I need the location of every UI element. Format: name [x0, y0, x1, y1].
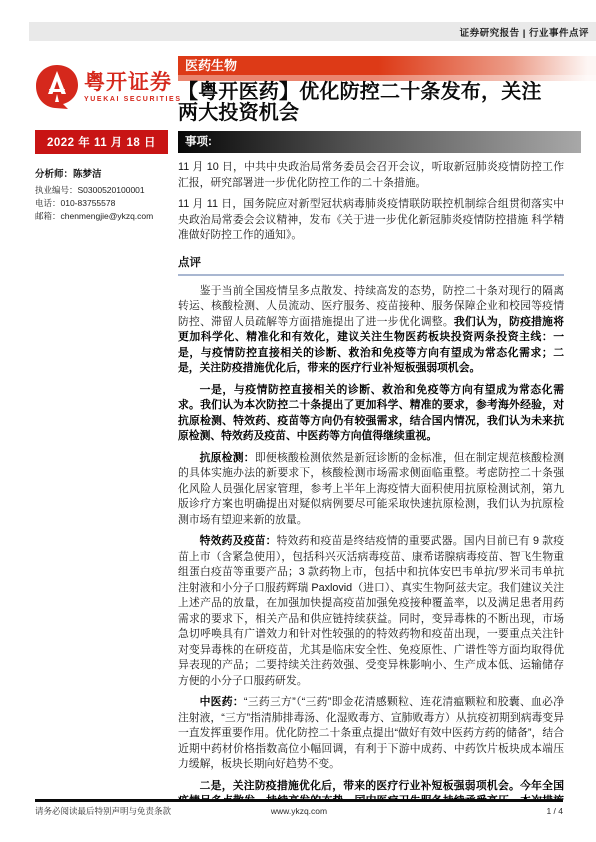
comment-section-heading: 点评	[178, 254, 564, 276]
report-date-box: 2022 年 11 月 18 日	[35, 130, 168, 154]
paragraph: 11 月 11 日，国务院应对新型冠状病毒肺炎疫情联防联控机制综合组贯彻落实中央…	[178, 197, 564, 244]
matters-header-bar: 事项:	[178, 131, 581, 153]
report-page: 证券研究报告 | 行业事件点评 粤开证券 YUEKAI SECURITIES 医…	[0, 0, 596, 842]
analyst-phone: 电话：010-83755578	[35, 197, 177, 209]
footer-page-number: 1 / 4	[387, 806, 563, 816]
paragraph: 11 月 10 日，中共中央政治局常务委员会召开会议，听取新冠肺炎疫情防控工作汇…	[178, 160, 564, 191]
brand-name-en: YUEKAI SECURITIES	[84, 96, 182, 103]
footer: 请务必阅读最后特别声明与免责条款 www.ykzq.com 1 / 4	[35, 805, 563, 817]
industry-category-bar: 医药生物	[178, 56, 596, 81]
report-title: 【粤开医药】优化防控二十条发布，关注两大投资机会	[178, 82, 550, 124]
paragraph: 鉴于当前全国疫情呈多点散发、持续高发的态势，防控二十条对现行的隔离转运、核酸检测…	[178, 284, 564, 377]
report-type-bar: 证券研究报告 | 行业事件点评	[29, 22, 596, 41]
analyst-license: 执业编号：S0300520100001	[35, 184, 177, 196]
analyst-info: 分析师：陈梦洁 执业编号：S0300520100001 电话：010-83755…	[35, 169, 177, 223]
yuekai-logo-icon	[35, 64, 79, 110]
footer-disclaimer: 请务必阅读最后特别声明与免责条款	[35, 805, 211, 817]
paragraph: 中医药：“三药三方”（“三药”即金花清感颗粒、连花清瘟颗粒和胶囊、血必净注射液，…	[178, 695, 564, 773]
brand-name-cn: 粤开证券	[84, 72, 182, 93]
industry-category-label: 医药生物	[178, 56, 596, 76]
paragraph: 一是，与疫情防控直接相关的诊断、救治和免疫等方向有望成为常态化需求。我们认为本次…	[178, 383, 564, 445]
report-date: 2022 年 11 月 18 日	[47, 134, 156, 150]
analyst-email: 邮箱：chenmengjie@ykzq.com	[35, 210, 177, 222]
paragraph: 特效药及疫苗：特效药和疫苗是终结疫情的重要武器。国内目前已有 9 款疫苗上市（含…	[178, 534, 564, 689]
report-type-text: 证券研究报告 | 行业事件点评	[460, 25, 596, 39]
footer-rule	[35, 799, 563, 802]
matters-label: 事项:	[178, 131, 581, 153]
brand-name: 粤开证券 YUEKAI SECURITIES	[84, 72, 182, 103]
paragraph: 二是，关注防疫措施优化后，带来的医疗行业补短板强弱项机会。今年全国疫情呈多点散发…	[178, 779, 564, 801]
paragraph: 抗原检测：即便核酸检测依然是新冠诊断的金标准，但在制定规范核酸检测的具体实施办法…	[178, 451, 564, 529]
matters-paragraphs: 11 月 10 日，中共中央政治局常务委员会召开会议，听取新冠肺炎疫情防控工作汇…	[178, 160, 564, 244]
report-body: 11 月 10 日，中共中央政治局常务委员会召开会议，听取新冠肺炎疫情防控工作汇…	[178, 160, 564, 800]
footer-website: www.ykzq.com	[211, 806, 387, 816]
brand-logo: 粤开证券 YUEKAI SECURITIES	[35, 64, 182, 110]
analyst-name: 分析师：陈梦洁	[35, 169, 177, 181]
comment-paragraphs: 鉴于当前全国疫情呈多点散发、持续高发的态势，防控二十条对现行的隔离转运、核酸检测…	[178, 284, 564, 801]
